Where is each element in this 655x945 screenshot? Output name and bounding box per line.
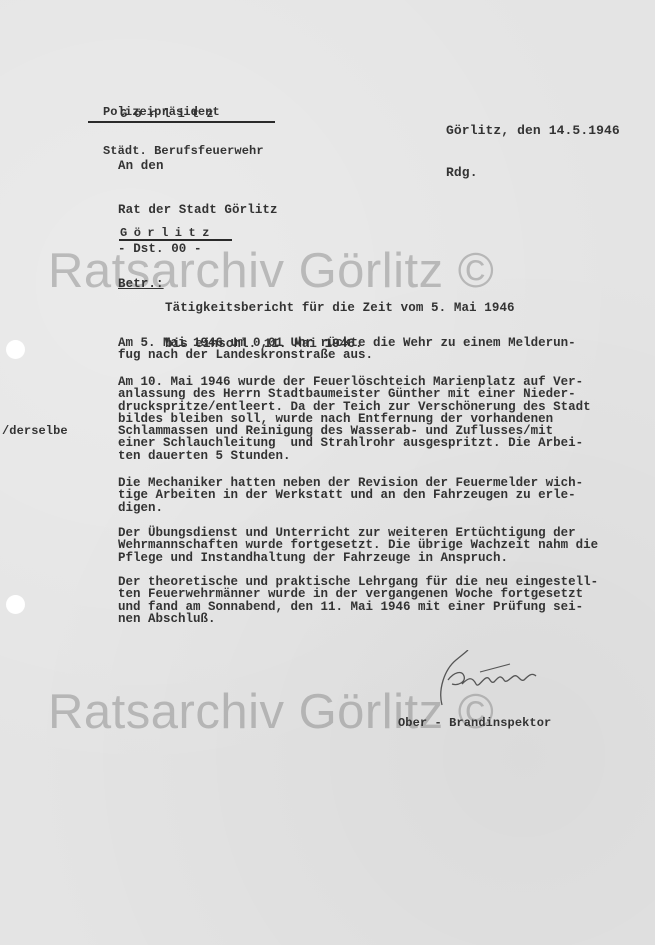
date-line: Görlitz, den 14.5.1946 [446,124,620,138]
sender-underline [88,121,275,123]
date-block: Görlitz, den 14.5.1946 Rdg. [446,96,620,208]
paragraph-4: Der Übungsdienst und Unterricht zur weit… [118,527,598,564]
document-page: Ratsarchiv Görlitz © Polizeipräsident St… [0,0,655,945]
punch-hole-bottom [6,595,25,614]
paragraph-5: Der theoretische und praktische Lehrgang… [118,576,598,625]
paragraph-1: Am 5. Mai 1946 um 0,01 Uhr rückte die We… [118,337,576,362]
reference-code: Rdg. [446,166,620,180]
signature-title: Ober - Brandinspektor [398,717,551,729]
paragraph-2: Am 10. Mai 1946 wurde der Feuerlöschteic… [118,376,591,462]
paragraph-3: Die Mechaniker hatten neben der Revision… [118,477,583,514]
sender-line-2: Städt. Berufsfeuerwehr [103,145,264,158]
sender-city: Görlitz [120,107,221,121]
recipient-city-underline [119,239,232,241]
subject-line-1: Tätigkeitsbericht für die Zeit vom 5. Ma… [165,302,515,314]
punch-hole-top [6,340,25,359]
subject-label: Betr.: [118,278,164,290]
recipient-salutation: An den [118,159,164,173]
recipient-dept: - Dst. 00 - [118,243,278,256]
margin-note: /derselbe [2,425,68,437]
recipient-name: Rat der Stadt Görlitz [118,204,278,217]
recipient-city: Görlitz [120,226,216,240]
